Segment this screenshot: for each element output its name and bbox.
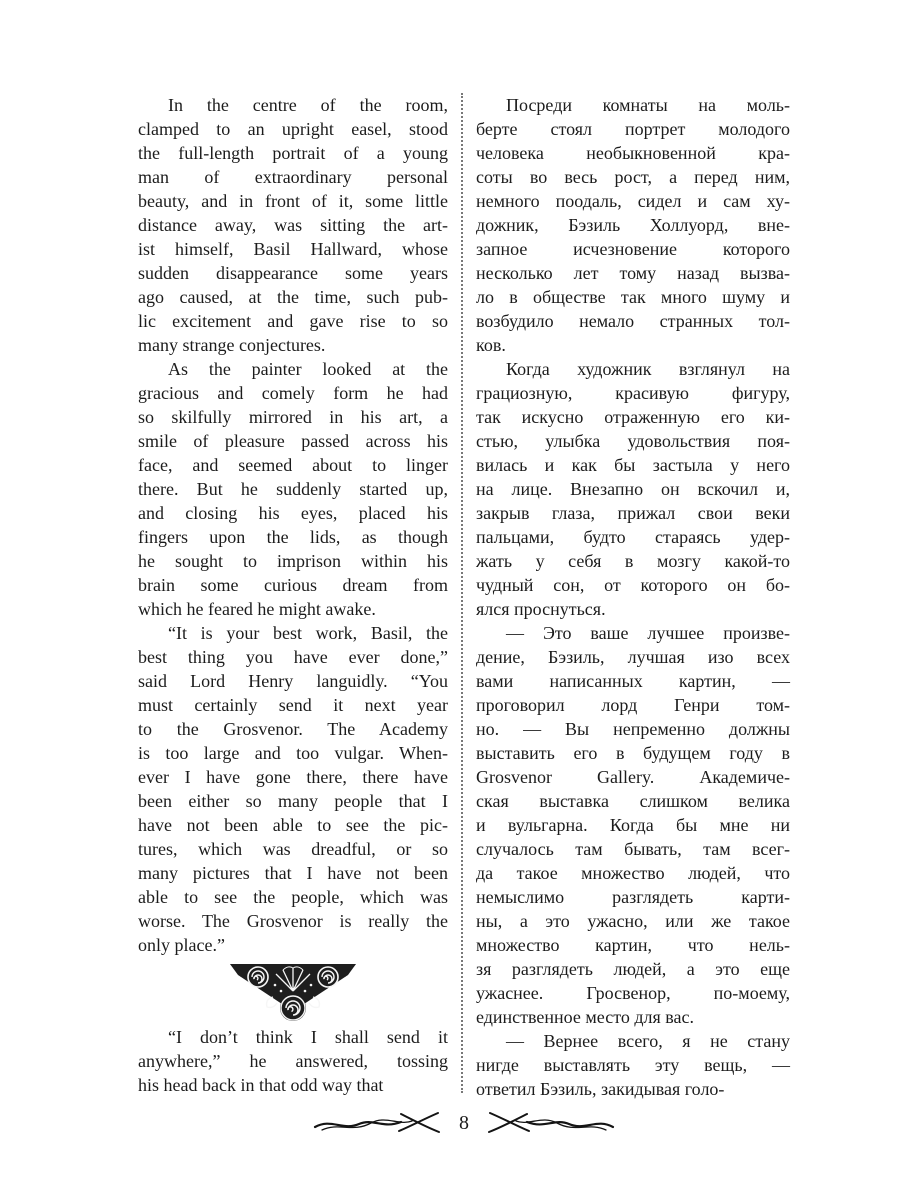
russian-column: Посреди комнаты на моль-берте стоял порт… <box>476 93 790 1101</box>
right-flourish-icon <box>487 1110 615 1136</box>
text-line: вилась и как бы застыла у него <box>476 453 790 477</box>
text-line: зя разглядеть людей, а это еще <box>476 957 790 981</box>
text-line: only place.” <box>138 933 448 957</box>
text-line: берте стоял портрет молодого <box>476 117 790 141</box>
book-page: In the centre of the room,clamped to an … <box>0 0 900 1200</box>
paragraph-en-2: As the painter looked at thegracious and… <box>138 357 448 621</box>
two-column-text-block: In the centre of the room,clamped to an … <box>138 93 790 1101</box>
text-line: smile of pleasure passed across his <box>138 429 448 453</box>
text-line: случалось там бывать, там всег- <box>476 837 790 861</box>
english-column: In the centre of the room,clamped to an … <box>138 93 448 1097</box>
left-flourish-icon <box>313 1110 441 1136</box>
floral-vignette-icon <box>227 959 359 1023</box>
text-line: As the painter looked at the <box>138 357 448 381</box>
text-line: на лице. Внезапно он вскочил и, <box>476 477 790 501</box>
text-line: ны, а это ужасно, или же такое <box>476 909 790 933</box>
text-line: запное исчезновение которого <box>476 237 790 261</box>
paragraph-en-4: “I don’t think I shall send itanywhere,”… <box>138 1025 448 1097</box>
text-line: дение, Бэзиль, лучшая изо всех <box>476 645 790 669</box>
text-line: fingers upon the lids, as though <box>138 525 448 549</box>
text-line: вами написанных картин, — <box>476 669 790 693</box>
text-line: ist himself, Basil Hallward, whose <box>138 237 448 261</box>
text-line: проговорил лорд Генри том- <box>476 693 790 717</box>
text-line: нигде выставлять эту вещь, — <box>476 1053 790 1077</box>
text-line: best thing you have ever done,” <box>138 645 448 669</box>
text-line: жать у себя в мозгу какой-то <box>476 549 790 573</box>
text-line: his head back in that odd way that <box>138 1073 448 1097</box>
text-line: must certainly send it next year <box>138 693 448 717</box>
text-line: gracious and comely form he had <box>138 381 448 405</box>
text-line: to the Grosvenor. The Academy <box>138 717 448 741</box>
text-line: is too large and too vulgar. When- <box>138 741 448 765</box>
text-line: able to see the people, which was <box>138 885 448 909</box>
text-line: worse. The Grosvenor is really the <box>138 909 448 933</box>
text-line: возбудило немало странных тол- <box>476 309 790 333</box>
text-line: ков. <box>476 333 790 357</box>
text-line: закрыв глаза, прижал свои веки <box>476 501 790 525</box>
text-line: lic excitement and gave rise to so <box>138 309 448 333</box>
text-line: ужаснее. Гросвенор, по-моему, <box>476 981 790 1005</box>
paragraph-ru-4: — Вернее всего, я не станунигде выставля… <box>476 1029 790 1101</box>
text-line: ская выставка слишком велика <box>476 789 790 813</box>
text-line: ответил Бэзиль, закидывая голо- <box>476 1077 790 1101</box>
text-line: and closing his eyes, placed his <box>138 501 448 525</box>
text-line: но. — Вы непременно должны <box>476 717 790 741</box>
text-line: грациозную, красивую фигуру, <box>476 381 790 405</box>
text-line: there. But he suddenly started up, <box>138 477 448 501</box>
text-line: been either so many people that I <box>138 789 448 813</box>
text-line: he sought to imprison within his <box>138 549 448 573</box>
paragraph-ru-2: Когда художник взглянул награциозную, кр… <box>476 357 790 621</box>
paragraph-ru-1: Посреди комнаты на моль-берте стоял порт… <box>476 93 790 357</box>
text-line: ago caused, at the time, such pub- <box>138 285 448 309</box>
text-line: many pictures that I have not been <box>138 861 448 885</box>
text-line: единственное место для вас. <box>476 1005 790 1029</box>
text-line: said Lord Henry languidly. “You <box>138 669 448 693</box>
text-line: чудный сон, от которого он бо- <box>476 573 790 597</box>
text-line: — Это ваше лучшее произве- <box>476 621 790 645</box>
text-line: clamped to an upright easel, stood <box>138 117 448 141</box>
text-line: выставить его в будущем году в <box>476 741 790 765</box>
text-line: anywhere,” he answered, tossing <box>138 1049 448 1073</box>
text-line: да такое множество людей, что <box>476 861 790 885</box>
text-line: ялся проснуться. <box>476 597 790 621</box>
text-line: ло в обществе так много шуму и <box>476 285 790 309</box>
page-footer: 8 <box>138 1110 790 1136</box>
text-line: brain some curious dream from <box>138 573 448 597</box>
column-divider-area <box>448 93 476 1101</box>
text-line: немыслимо разглядеть карти- <box>476 885 790 909</box>
paragraph-ru-3: — Это ваше лучшее произве-дение, Бэзиль,… <box>476 621 790 1029</box>
text-line: so skilfully mirrored in his art, a <box>138 405 448 429</box>
text-line: In the centre of the room, <box>138 93 448 117</box>
dotted-column-divider <box>461 93 463 1093</box>
text-line: соты во весь рост, а перед ним, <box>476 165 790 189</box>
text-line: beauty, and in front of it, some little <box>138 189 448 213</box>
page-number: 8 <box>459 1110 469 1136</box>
paragraph-en-1: In the centre of the room,clamped to an … <box>138 93 448 357</box>
floral-vignette-ornament <box>138 957 448 1025</box>
text-line: — Вернее всего, я не стану <box>476 1029 790 1053</box>
text-line: Когда художник взглянул на <box>476 357 790 381</box>
text-line: стью, улыбка удовольствия поя- <box>476 429 790 453</box>
text-line: Посреди комнаты на моль- <box>476 93 790 117</box>
text-line: man of extraordinary personal <box>138 165 448 189</box>
text-line: множество картин, что нель- <box>476 933 790 957</box>
text-line: пальцами, будто стараясь удер- <box>476 525 790 549</box>
text-line: distance away, was sitting the art- <box>138 213 448 237</box>
paragraph-en-3: “It is your best work, Basil, thebest th… <box>138 621 448 957</box>
text-line: tures, which was dreadful, or so <box>138 837 448 861</box>
text-line: many strange conjectures. <box>138 333 448 357</box>
text-line: несколько лет тому назад вызва- <box>476 261 790 285</box>
text-line: немного поодаль, сидел и сам ху- <box>476 189 790 213</box>
text-line: which he feared he might awake. <box>138 597 448 621</box>
text-line: дожник, Бэзиль Холлуорд, вне- <box>476 213 790 237</box>
text-line: Grosvenor Gallery. Академиче- <box>476 765 790 789</box>
text-line: have not been able to see the pic- <box>138 813 448 837</box>
text-line: face, and seemed about to linger <box>138 453 448 477</box>
text-line: ever I have gone there, there have <box>138 765 448 789</box>
text-line: и вульгарна. Когда бы мне ни <box>476 813 790 837</box>
text-line: так искусно отраженную его ки- <box>476 405 790 429</box>
text-line: “I don’t think I shall send it <box>138 1025 448 1049</box>
text-line: sudden disappearance some years <box>138 261 448 285</box>
text-line: “It is your best work, Basil, the <box>138 621 448 645</box>
text-line: человека необыкновенной кра- <box>476 141 790 165</box>
text-line: the full-length portrait of a young <box>138 141 448 165</box>
